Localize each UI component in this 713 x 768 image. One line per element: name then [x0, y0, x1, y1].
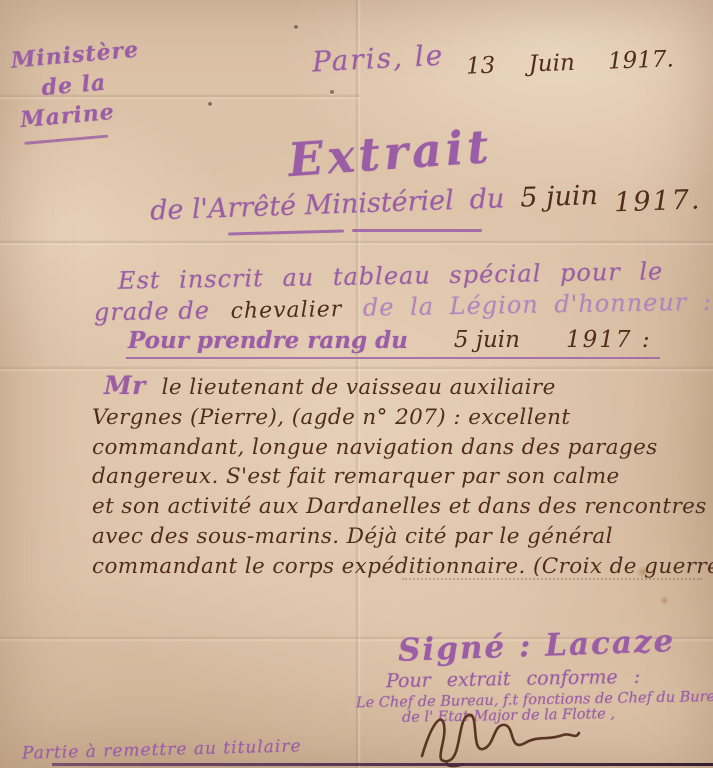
pinhole: [208, 102, 212, 106]
dateline-place: Paris, le: [311, 39, 445, 79]
citation-line: et son activité aux Dardanelles et dans …: [92, 492, 713, 522]
rank-year: 1917 :: [566, 327, 652, 354]
rank-date: 5 juin: [454, 327, 520, 354]
letterhead-line: Marine: [19, 94, 145, 135]
subtitle-decree: de l'Arrêté Ministériel: [150, 185, 455, 227]
grade-word: chevalier: [230, 297, 342, 324]
title-underline: [352, 229, 482, 232]
letterhead-stamp: Ministère de la Marine: [10, 35, 146, 146]
certification-line: Pour extrait conforme :: [386, 666, 640, 692]
fold-crease-horizontal: [0, 240, 713, 246]
pinhole: [330, 90, 334, 94]
grade-prefix: grade de: [94, 296, 210, 326]
title-underline: [228, 229, 344, 235]
letterhead-underline: [24, 135, 108, 145]
document-page: Ministère de la Marine Paris, le 13 Juin…: [0, 0, 713, 768]
salutation-stamp: Mr: [104, 371, 146, 400]
citation-line: avec des sous-marins. Déjà cité par le g…: [92, 522, 713, 552]
subtitle-date: 5 juin: [520, 180, 599, 214]
title-subtitle: de l'Arrêté Ministériel du 5 juin 1917.: [150, 176, 702, 226]
bottom-edge-line: [52, 763, 713, 766]
citation-line: commandant, longue navigation dans des p…: [92, 433, 713, 463]
rank-line: Pour prendre rang du 5 juin 1917 :: [128, 327, 652, 354]
document-title: Extrait: [286, 119, 494, 187]
pinhole: [294, 25, 298, 29]
citation-line: commandant le corps expéditionnaire. (Cr…: [92, 552, 713, 582]
citation-body: Mrle lieutenant de vaisseau auxiliaire V…: [92, 371, 713, 582]
citation-line: Vergnes (Pierre), (agde n° 207) : excell…: [92, 403, 713, 433]
subtitle-du: du: [469, 183, 505, 215]
dateline-date: 13 Juin 1917.: [466, 46, 675, 79]
stain-spot: [660, 596, 669, 605]
citation-line: dangereux. S'est fait remarquer par son …: [92, 462, 713, 492]
subtitle-year: 1917.: [614, 184, 702, 218]
rank-underline: [126, 357, 660, 359]
signature-scrawl: [412, 710, 582, 768]
signed-by: Signé : Lacaze: [397, 623, 675, 669]
grade-suffix: de la Légion d'honneur :: [363, 288, 713, 322]
rank-label: Pour prendre rang du: [128, 327, 408, 354]
footer-note: Partie à remettre au titulaire: [22, 736, 302, 763]
citation-line: Mrle lieutenant de vaisseau auxiliaire: [92, 371, 713, 403]
